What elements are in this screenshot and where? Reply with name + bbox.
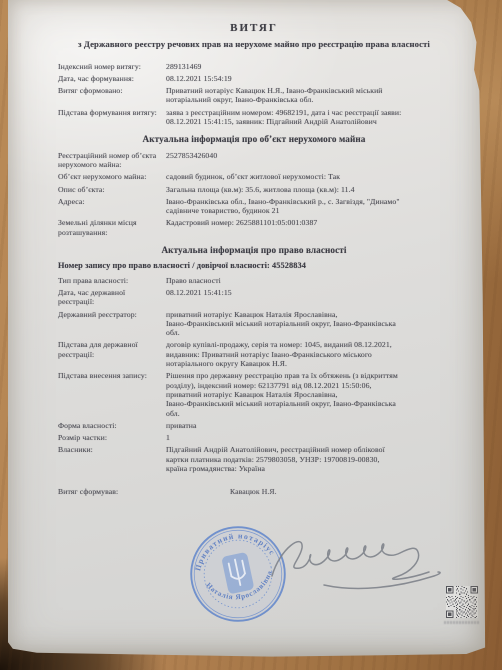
field-row: Форма власності: приватна [58, 421, 450, 430]
field-label: Витяг сформовано: [58, 86, 160, 105]
field-label: Державний реєстратор: [58, 310, 160, 338]
object-fields: Реєстраційний номер об’єкта нерухомого м… [58, 151, 450, 237]
field-row: Власники: Підгайний Андрій Анатолійович,… [58, 445, 450, 473]
field-row: Підстава для державної реєстрації: догов… [58, 340, 450, 368]
field-value: приватна [160, 421, 450, 430]
field-row: Реєстраційний номер об’єкта нерухомого м… [58, 151, 450, 170]
field-row: Тип права власності: Право власності [58, 276, 450, 285]
field-row: Дата, час формування: 08.12.2021 15:54:1… [58, 74, 450, 83]
field-label: Розмір частки: [58, 433, 160, 442]
field-value: 2527853426040 [160, 151, 450, 170]
field-row: Об’єкт нерухомого майна: садовий будинок… [58, 172, 450, 181]
field-row: Адреса: Івано-Франківська обл., Івано-Фр… [58, 197, 450, 216]
field-row: Індексний номер витягу: 289131469 [58, 62, 450, 71]
qr-code-icon [446, 586, 478, 618]
field-value: Рішення про державну реєстрацію прав та … [160, 371, 450, 417]
signature [266, 528, 456, 603]
field-label: Форма власності: [58, 421, 160, 430]
ownership-record-line: Номер запису про право власності / довір… [58, 261, 450, 270]
field-value: Приватний нотаріус Кавацюк Н.Я., Івано-Ф… [160, 86, 450, 105]
field-label: Об’єкт нерухомого майна: [58, 172, 160, 181]
field-value: Івано-Франківська обл., Івано-Франківськ… [160, 197, 450, 216]
field-label: Підстава формування витягу: [58, 108, 160, 127]
field-label: Дата, час формування: [58, 74, 160, 83]
field-label: Тип права власності: [58, 276, 160, 285]
field-value: Загальна площа (кв.м): 35.6, житлова пло… [160, 185, 450, 194]
field-value: 1 [160, 433, 450, 442]
field-label: Власники: [58, 445, 160, 473]
field-label: Опис об’єкта: [58, 185, 160, 194]
document-subtitle: з Державного реєстру речових прав на нер… [58, 40, 450, 49]
field-value: Кадастровий номер: 2625881101:05:001:038… [160, 218, 450, 237]
field-row: Розмір частки: 1 [58, 433, 450, 442]
ownership-section-heading: Актуальна інформація про право власності [58, 246, 450, 255]
field-label: Підстава для державної реєстрації: [58, 340, 160, 368]
footer-value: Кавацюк Н.Я. [160, 487, 450, 496]
footer-label: Витяг сформував: [58, 487, 160, 496]
field-value: приватний нотаріус Кавацюк Наталія Яросл… [160, 310, 450, 338]
field-row: Підстава формування витягу: заява з реєс… [58, 108, 450, 127]
field-value: 289131469 [160, 62, 450, 71]
field-label: Підстава внесення запису: [58, 371, 160, 417]
field-label: Реєстраційний номер об’єкта нерухомого м… [58, 151, 160, 170]
field-value: 08.12.2021 15:41:15 [160, 288, 450, 307]
object-section-heading: Актуальна інформація про об’єкт нерухомо… [58, 135, 450, 144]
field-label: Земельні ділянки місця розташування: [58, 218, 160, 237]
field-row: Дата, час державної реєстрації: 08.12.20… [58, 288, 450, 307]
field-value: договір купівлі-продажу, серія та номер:… [160, 340, 450, 368]
field-value: заява з реєстраційним номером: 49682191,… [160, 108, 450, 127]
field-row: Витяг сформовано: Приватний нотаріус Кав… [58, 86, 450, 105]
field-label: Дата, час державної реєстрації: [58, 288, 160, 307]
ownership-fields: Тип права власності: Право власності Дат… [58, 276, 450, 474]
field-value: 08.12.2021 15:54:19 [160, 74, 450, 83]
document-title: ВИТЯГ [58, 24, 450, 33]
field-row: Земельні ділянки місця розташування: Кад… [58, 218, 450, 237]
field-row: Підстава внесення запису: Рішення про де… [58, 371, 450, 417]
field-row: Опис об’єкта: Загальна площа (кв.м): 35.… [58, 185, 450, 194]
footer-row: Витяг сформував: Кавацюк Н.Я. [58, 487, 450, 496]
header-fields: Індексний номер витягу: 289131469 Дата, … [58, 62, 450, 127]
field-value: садовий будинок, об’єкт житлової нерухом… [160, 172, 450, 181]
field-row: Державний реєстратор: приватний нотаріус… [58, 310, 450, 338]
document-paper: ВИТЯГ з Державного реєстру речових прав … [8, 0, 488, 658]
field-label: Індексний номер витягу: [58, 62, 160, 71]
qr-caption [444, 621, 480, 624]
field-value: Підгайний Андрій Анатолійович, реєстраці… [160, 445, 450, 473]
field-label: Адреса: [58, 197, 160, 216]
field-value: Право власності [160, 276, 450, 285]
